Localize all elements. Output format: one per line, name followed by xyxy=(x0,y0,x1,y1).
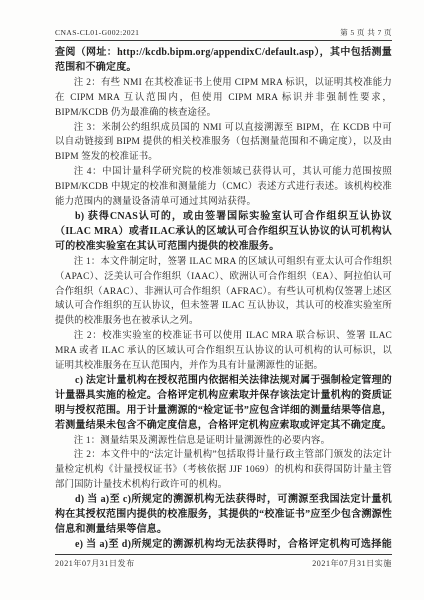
note-paragraph: 注 3：米制公约组织成员国的 NMI 可以直接溯源至 BIPM，在 KCDB 中… xyxy=(55,121,392,166)
page-footer: 2021年07月31日发布 2021年07月31日实施 xyxy=(55,558,392,569)
clause-e-paragraph: e) 当 a)至 d)所规定的溯源机构均无法获得时，合格评定机构可选择能够确保计… xyxy=(55,538,392,552)
doc-number: CNAS-CL01-G002:2021 xyxy=(55,28,139,37)
page-indicator: 第 5 页 共 7 页 xyxy=(340,27,392,38)
note-paragraph: 注 1：测量结果及溯源性信息是证明计量溯源性的必要内容。 xyxy=(55,434,392,449)
note-paragraph: 注 2：校准实验室的校准证书可以使用 ILAC MRA 联合标识、签署 ILAC… xyxy=(55,329,392,374)
implementation-date: 2021年07月31日实施 xyxy=(312,558,392,569)
note-paragraph: 注 1：本文件制定时，签署 ILAC MRA 的区域认可组织有亚太认可合作组织（… xyxy=(55,255,392,330)
footer-rule xyxy=(55,554,392,555)
note-paragraph: 注 2：有些 NMI 在其校准证书上使用 CIPM MRA 标识，以证明其校准能… xyxy=(55,76,392,121)
paragraph-continuation: 查阅（网址：http://kcdb.bipm.org/appendixC/def… xyxy=(55,46,392,76)
header-rule xyxy=(55,40,392,41)
document-page: CNAS-CL01-G002:2021 第 5 页 共 7 页 查阅（网址：ht… xyxy=(0,0,424,600)
clause-d-paragraph: d) 当 a)至 c)所规定的溯源机构无法获得时，可溯源至我国法定计量机构在其授… xyxy=(55,493,392,538)
note-paragraph: 注 2：本文件中的“法定计量机构”包括取得计量行政主管部门颁发的法定计量检定机构… xyxy=(55,448,392,493)
clause-b-paragraph: b) 获得CNAS认可的，或由签署国际实验室认可合作组织互认协议（ILAC MR… xyxy=(55,210,392,255)
clause-c-paragraph: c) 法定计量机构在授权范围内依据相关法律法规对属于强制检定管理的计量器具实施的… xyxy=(55,374,392,434)
page-header: CNAS-CL01-G002:2021 第 5 页 共 7 页 xyxy=(55,27,392,38)
note-paragraph: 注 4：中国计量科学研究院的校准领域已获得认可，其认可能力范围按照 BIPM/K… xyxy=(55,165,392,210)
document-body: 查阅（网址：http://kcdb.bipm.org/appendixC/def… xyxy=(55,46,392,552)
issue-date: 2021年07月31日发布 xyxy=(55,558,135,569)
